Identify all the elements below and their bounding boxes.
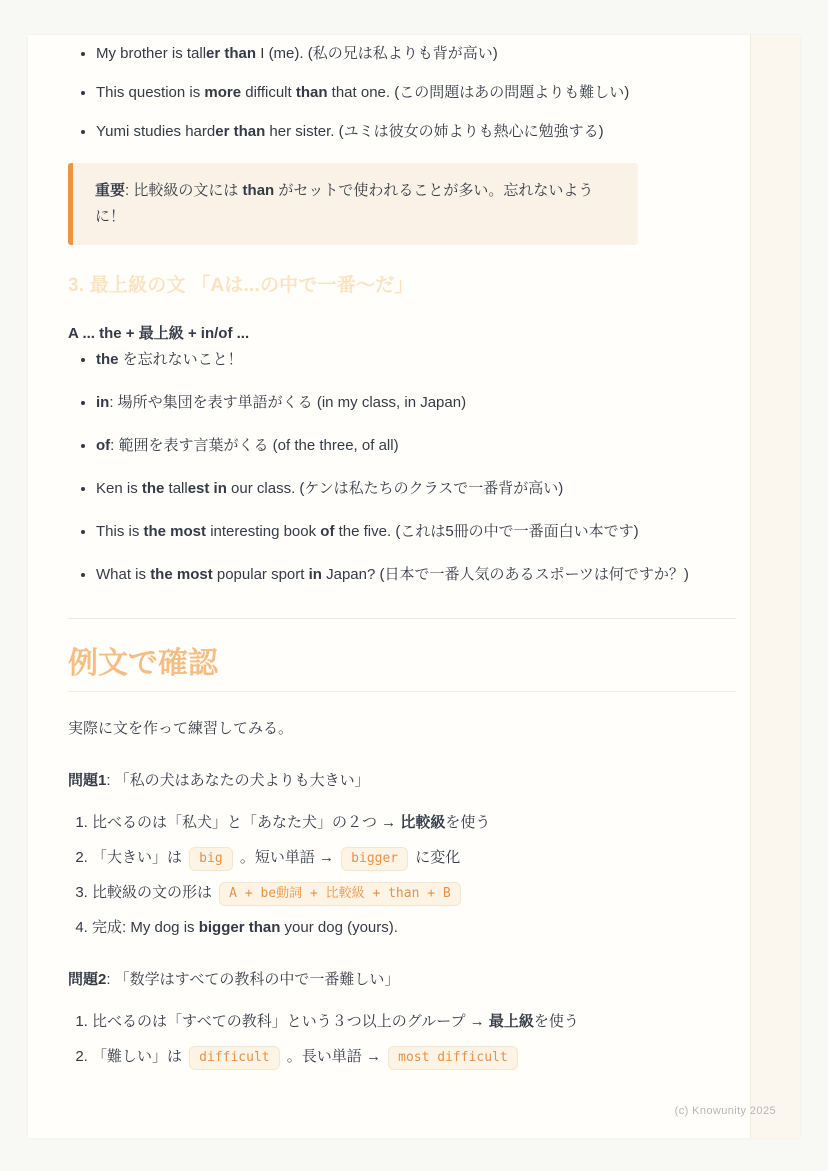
important-note-callout: 重要: 比較級の文には than がセットで使われることが多い。忘れないように！ [68,163,638,245]
heading-underline [68,691,736,692]
problem1-steps: 比べるのは「私犬」と「あなた犬」の２つ → 比較級を使う 「大きい」は big … [68,810,736,941]
page-background: My brother is taller than I (me). (私の兄は私… [0,0,828,1171]
step-item: 「大きい」は big 。短い単語 → bigger に変化 [92,845,736,871]
step-item: 完成: My dog is bigger than your dog (your… [92,915,736,941]
document-content: My brother is taller than I (me). (私の兄は私… [68,41,736,1079]
section-divider [68,618,736,619]
problem1-title: 問題1: 「私の犬はあなたの犬よりも大きい」 [68,768,736,794]
list-item: Ken is the tallest in our class. (ケンは私たち… [96,476,736,502]
step-item: 比べるのは「すべての教科」という３つ以上のグループ → 最上級を使う [92,1009,736,1035]
list-item: My brother is taller than I (me). (私の兄は私… [96,41,736,67]
callout-text: 重要: 比較級の文には than がセットで使われることが多い。忘れないように！ [95,178,616,230]
step-item: 比べるのは「私犬」と「あなた犬」の２つ → 比較級を使う [92,810,736,836]
list-item: of: 範囲を表す言葉がくる (of the three, of all) [96,433,736,459]
step-item: 「難しい」は difficult 。長い単語 → most difficult [92,1044,736,1070]
problem2-steps: 比べるのは「すべての教科」という３つ以上のグループ → 最上級を使う 「難しい」… [68,1009,736,1070]
copyright: (c) Knowunity 2025 [675,1105,776,1117]
comparative-examples-list: My brother is taller than I (me). (私の兄は私… [68,41,736,145]
superlative-formula: A ... the + 最上級 + in/of ... [68,321,736,347]
step-item: 比較級の文の形は A + be動詞 + 比較級 + than + B [92,880,736,906]
list-item: What is the most popular sport in Japan?… [96,562,736,588]
list-item: This question is more difficult than tha… [96,80,736,106]
superlative-rules-list: the を忘れないこと！ in: 場所や集団を表す単語がくる (in my cl… [68,347,736,588]
list-item: the を忘れないこと！ [96,347,736,373]
page-right-margin [750,35,800,1138]
examples-section-heading: 例文で確認 [68,651,736,677]
intro-paragraph: 実際に文を作って練習してみる。 [68,716,736,742]
list-item: This is the most interesting book of the… [96,519,736,545]
problem2-title: 問題2: 「数学はすべての教科の中で一番難しい」 [68,967,736,993]
list-item: Yumi studies harder than her sister. (ユミ… [96,119,736,145]
list-item: in: 場所や集団を表す単語がくる (in my class, in Japan… [96,390,736,416]
section-heading-superlative: 3. 最上級の文 「Aは...の中で一番〜だ」 [68,273,736,299]
document-page: My brother is taller than I (me). (私の兄は私… [28,35,800,1138]
